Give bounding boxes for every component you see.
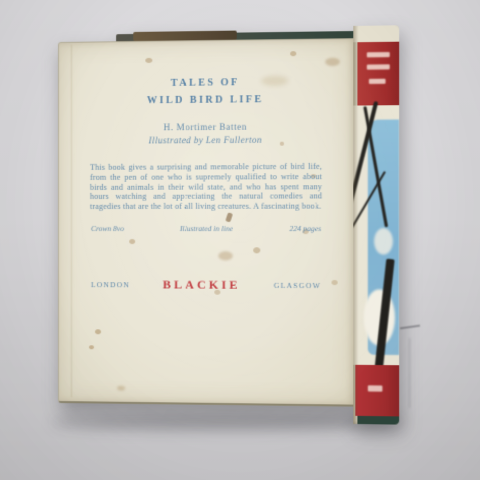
author-name: H. Mortimer Batten: [59, 121, 354, 133]
format-size: Crown 8vo: [91, 224, 124, 233]
spine-title-text-blur: [367, 64, 390, 69]
dust-jacket-back-panel: TALES OF WILD BIRD LIFE H. Mortimer Batt…: [58, 38, 355, 407]
spine-fold-shading: [353, 26, 358, 424]
spine-publisher-text-blur: [368, 385, 383, 391]
spine-title-text-blur: [369, 79, 386, 84]
format-illustration: Illustrated in line: [180, 224, 233, 233]
photo-background: TALES OF WILD BIRD LIFE H. Mortimer Batt…: [0, 0, 480, 480]
imprint-line: LONDON BLACKIE GLASGOW: [91, 277, 321, 293]
blurb-paragraph: This book gives a surprising and memorab…: [90, 162, 322, 212]
spine-snow-art: [374, 228, 393, 255]
spine-cloth-bottom: [357, 416, 399, 425]
spine-title-band: [357, 42, 399, 106]
spine-top-cream: [353, 25, 399, 42]
spine-title-text-blur: [367, 52, 390, 57]
spine-illustration: [353, 105, 399, 365]
book: TALES OF WILD BIRD LIFE H. Mortimer Batt…: [58, 25, 399, 428]
background-scratch-mark: [400, 325, 420, 330]
book-title-line2: WILD BIRD LIFE: [59, 90, 354, 110]
spine-publisher-band: [355, 365, 399, 417]
format-line: Crown 8vo Illustrated in line 224 pages: [91, 224, 321, 233]
publisher-name: BLACKIE: [163, 278, 241, 293]
format-pages: 224 pages: [289, 224, 321, 233]
background-shadow-line: [409, 338, 410, 408]
book-title: TALES OF WILD BIRD LIFE: [59, 73, 354, 110]
illustrator-credit: Illustrated by Len Fullerton: [59, 134, 354, 146]
imprint-glasgow: GLASGOW: [274, 281, 321, 290]
imprint-london: LONDON: [91, 280, 130, 289]
back-cover-text: TALES OF WILD BIRD LIFE H. Mortimer Batt…: [59, 39, 354, 404]
book-spine: [353, 25, 399, 424]
